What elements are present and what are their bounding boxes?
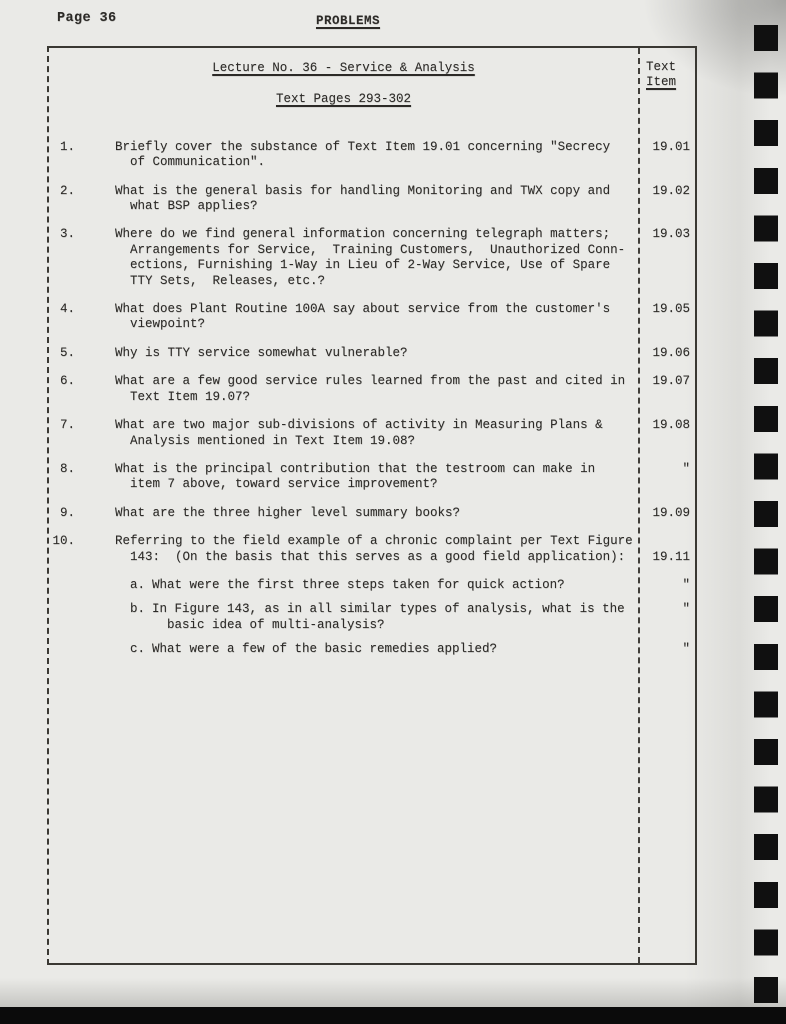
question-text: What is the principal contribution that … [115,462,595,493]
item-header-line2: Item [646,75,676,89]
question-text: Referring to the field example of a chro… [115,534,633,565]
question-text: What are two major sub-divisions of acti… [115,418,603,449]
sub-question-letter: a. [49,578,152,593]
document-title: PROBLEMS [290,14,406,29]
text-pages-subtitle: Text Pages 293-302 [49,92,638,107]
lecture-title: Lecture No. 36 - Service & Analysis [49,61,638,76]
sub-question-letter: b. [49,602,152,633]
question-row-1: 1. Briefly cover the substance of Text I… [49,140,695,171]
question-text: What are the three higher level summary … [115,506,460,521]
item-column-header: TextItem [646,60,676,91]
question-text: Why is TTY service somewhat vulnerable? [115,346,408,361]
question-number: 9. [49,506,115,521]
question-row-8: 8. What is the principal contribution th… [49,462,695,493]
question-number: 4. [49,302,115,333]
question-text: What is the general basis for handling M… [115,184,610,215]
text-item-ref: 19.09 [643,506,695,521]
item-column-divider [638,48,640,963]
question-number: 5. [49,346,115,361]
text-item-ref: 19.06 [643,346,695,361]
question-text: What were the first three steps taken fo… [152,578,565,593]
text-item-ref: 19.02 [643,184,695,215]
question-text: Briefly cover the substance of Text Item… [115,140,610,171]
question-number: 3. [49,227,115,289]
text-item-ref: 19.07 [643,374,695,405]
question-row-4: 4. What does Plant Routine 100A say abou… [49,302,695,333]
problems-table: TextItem Lecture No. 36 - Service & Anal… [47,46,697,965]
question-number: 1. [49,140,115,171]
question-row-6: 6. What are a few good service rules lea… [49,374,695,405]
text-item-ref: " [643,602,695,633]
question-row-3: 3. Where do we find general information … [49,227,695,289]
question-row-9: 9. What are the three higher level summa… [49,506,695,521]
question-text: In Figure 143, as in all similar types o… [152,602,625,633]
question-text: What were a few of the basic remedies ap… [152,642,497,657]
question-row-7: 7. What are two major sub-divisions of a… [49,418,695,449]
question-text: Where do we find general information con… [115,227,625,289]
question-number: 8. [49,462,115,493]
question-row-2: 2. What is the general basis for handlin… [49,184,695,215]
question-list: 1. Briefly cover the substance of Text I… [49,140,695,658]
text-item-ref: 19.03 [643,227,695,289]
sub-question-letter: c. [49,642,152,657]
text-item-ref: " [643,578,695,593]
question-number: 10. [49,534,115,565]
question-number: 2. [49,184,115,215]
question-number: 7. [49,418,115,449]
question-row-5: 5. Why is TTY service somewhat vulnerabl… [49,346,695,361]
text-item-ref: 19.08 [643,418,695,449]
sub-question-row-a: a. What were the first three steps taken… [49,578,695,593]
text-item-ref: " [643,642,695,657]
question-text: What are a few good service rules learne… [115,374,625,405]
text-item-ref: 19.11 [643,534,695,565]
scan-bottom-edge [0,1007,786,1024]
table-header: Lecture No. 36 - Service & Analysis Text… [49,48,638,108]
question-row-10: 10. Referring to the field example of a … [49,534,695,565]
binding-holes [754,25,778,1004]
text-item-ref: " [643,462,695,493]
question-text: What does Plant Routine 100A say about s… [115,302,610,333]
page-number-label: Page 36 [57,11,117,26]
scanned-document-page: Page 36 PROBLEMS TextItem Lecture No. 36… [0,0,786,1024]
text-item-ref: 19.05 [643,302,695,333]
sub-question-row-c: c. What were a few of the basic remedies… [49,642,695,657]
item-header-line1: Text [646,60,676,74]
question-number: 6. [49,374,115,405]
sub-question-row-b: b. In Figure 143, as in all similar type… [49,602,695,633]
text-item-ref: 19.01 [643,140,695,171]
